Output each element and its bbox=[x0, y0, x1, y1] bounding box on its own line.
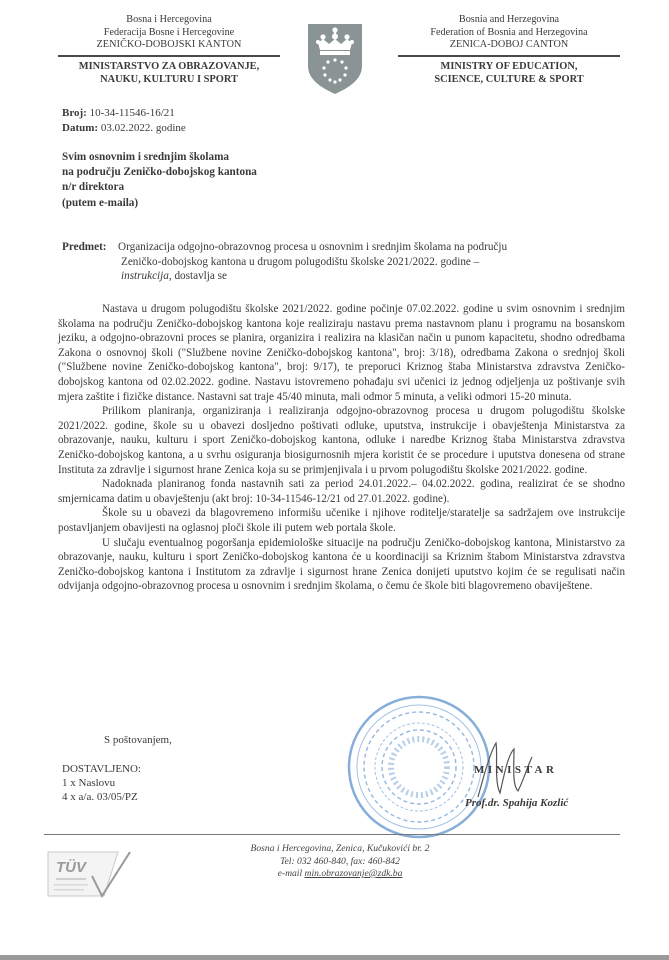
recipient-line: Svim osnovnim i srednjim školama bbox=[62, 150, 257, 165]
subject-line-3: instrukcija, dostavlja se bbox=[118, 269, 632, 284]
tuv-certification-logo-icon: TÜV bbox=[44, 848, 140, 900]
header-ministry-line-1: MINISTARSTVO ZA OBRAZOVANJE, bbox=[58, 60, 280, 74]
subject-line-2: Zeničko-dobojskog kantona u drugom polug… bbox=[118, 255, 632, 270]
recipient-line: na području Zeničko-dobojskog kantona bbox=[62, 165, 257, 180]
document-date: Datum: 03.02.2022. godine bbox=[62, 121, 186, 136]
footer-email-label: e-mail bbox=[278, 868, 305, 879]
subject-italic: instrukcija bbox=[121, 270, 169, 282]
footer-email-link[interactable]: min.obrazovanje@zdk.ba bbox=[305, 868, 403, 879]
reference-value: 10-34-11546-16/21 bbox=[90, 107, 175, 119]
footer-phone: Tel: 032 460-840, fax: 460-842 bbox=[200, 856, 480, 869]
header-country: Bosna i Hercegovina bbox=[58, 14, 280, 27]
body-paragraph: U slučaju eventualnog pogoršanja epidemi… bbox=[58, 536, 625, 594]
letter-body: Nastava u drugom polugodištu školske 202… bbox=[58, 302, 625, 594]
header-ministry-en-line-1: MINISTRY OF EDUCATION, bbox=[398, 60, 620, 74]
subject-label: Predmet: bbox=[62, 240, 107, 255]
subject-text: Organizacija odgojno-obrazovnog procesa … bbox=[118, 240, 632, 284]
date-value: 03.02.2022. godine bbox=[101, 122, 186, 134]
footer-address: Bosna i Hercegovina, Zenica, Kučukovići … bbox=[200, 843, 480, 856]
header-left: Bosna i Hercegovina Federacija Bosne i H… bbox=[58, 14, 280, 87]
header-country-en: Bosnia and Herzegovina bbox=[398, 14, 620, 27]
body-paragraph: Nadoknada planiranog fonda nastavnih sat… bbox=[58, 477, 625, 506]
document-meta: Broj: 10-34-11546-16/21 Datum: 03.02.202… bbox=[62, 106, 186, 136]
recipient-block: Svim osnovnim i srednjim školama na podr… bbox=[62, 150, 257, 211]
subject-tail: , dostavlja se bbox=[169, 270, 227, 282]
header-ministry-line-2: NAUKU, KULTURU I SPORT bbox=[58, 73, 280, 87]
body-paragraph: Prilikom planiranja, organiziranja i rea… bbox=[58, 404, 625, 477]
delivered-item: 1 x Naslovu bbox=[62, 776, 141, 790]
header-right: Bosnia and Herzegovina Federation of Bos… bbox=[398, 14, 620, 87]
header-divider bbox=[58, 55, 280, 57]
svg-text:TÜV: TÜV bbox=[56, 859, 88, 876]
coat-of-arms-icon bbox=[306, 22, 364, 96]
header-divider-en bbox=[398, 55, 620, 57]
reference-label: Broj: bbox=[62, 107, 87, 119]
header-canton: ZENIČKO-DOBOJSKI KANTON bbox=[58, 39, 280, 52]
delivered-to: DOSTAVLJENO: 1 x Naslovu 4 x a/a. 03/05/… bbox=[62, 762, 141, 804]
date-label: Datum: bbox=[62, 122, 98, 134]
recipient-line: (putem e-maila) bbox=[62, 196, 257, 211]
header-federation: Federacija Bosne i Hercegovine bbox=[58, 27, 280, 40]
reference-number: Broj: 10-34-11546-16/21 bbox=[62, 106, 186, 121]
header-canton-en: ZENICA-DOBOJ CANTON bbox=[398, 39, 620, 52]
subject-block: Predmet: Organizacija odgojno-obrazovnog… bbox=[62, 240, 632, 284]
header-ministry-en-line-2: SCIENCE, CULTURE & SPORT bbox=[398, 73, 620, 87]
closing-salutation: S poštovanjem, bbox=[104, 734, 172, 746]
signer-name: Prof.dr. Spahija Kozlić bbox=[465, 797, 568, 809]
signature-title: MINISTAR bbox=[474, 764, 557, 776]
page-bottom-edge bbox=[0, 955, 669, 960]
delivered-item: 4 x a/a. 03/05/PZ bbox=[62, 790, 141, 804]
recipient-line: n/r direktora bbox=[62, 180, 257, 195]
subject-line-1: Organizacija odgojno-obrazovnog procesa … bbox=[118, 240, 632, 255]
header-federation-en: Federation of Bosnia and Herzegovina bbox=[398, 27, 620, 40]
footer-divider bbox=[44, 834, 620, 835]
delivered-title: DOSTAVLJENO: bbox=[62, 762, 141, 776]
footer-contact: Bosna i Hercegovina, Zenica, Kučukovići … bbox=[200, 843, 480, 881]
footer-email-line: e-mail min.obrazovanje@zdk.ba bbox=[200, 868, 480, 881]
body-paragraph: Škole su u obavezi da blagovremeno infor… bbox=[58, 506, 625, 535]
body-paragraph: Nastava u drugom polugodištu školske 202… bbox=[58, 302, 625, 404]
